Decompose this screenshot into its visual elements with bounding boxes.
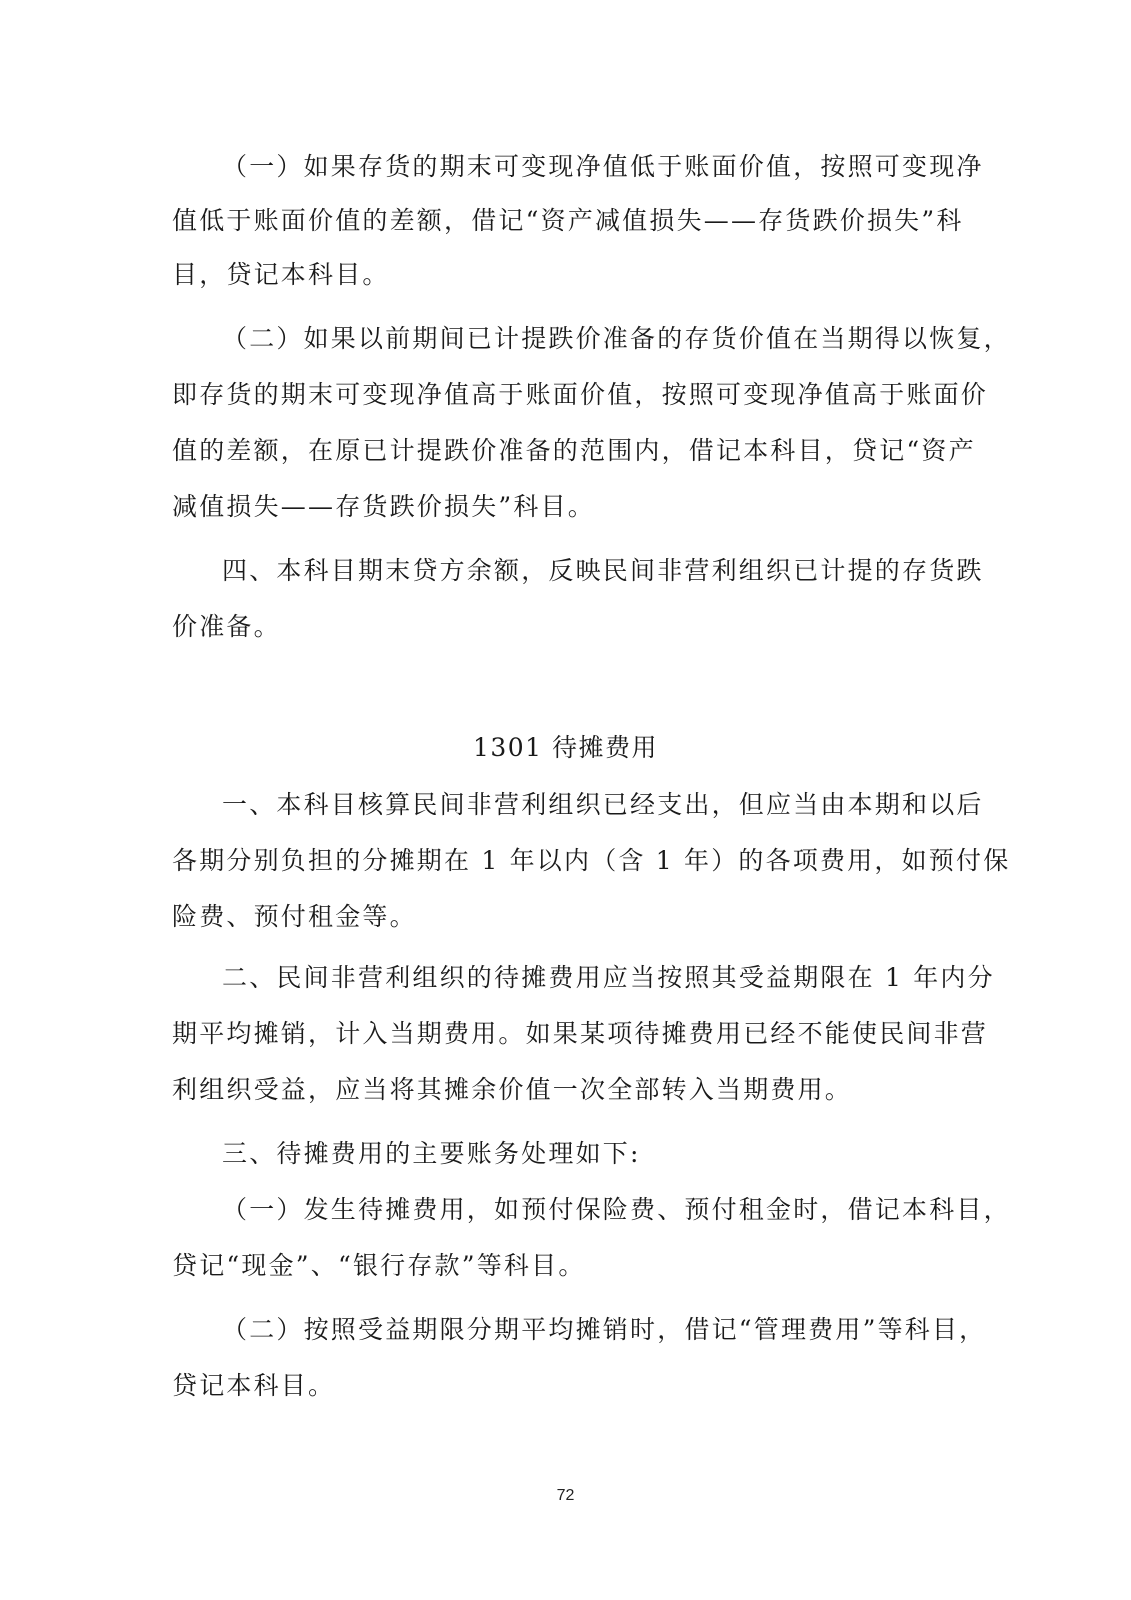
- paragraph-line: 四、本科目期末贷方余额，反映民间非营利组织已计提的存货跌: [222, 556, 942, 586]
- paragraph-line: 二、民间非营利组织的待摊费用应当按照其受益期限在 1 年内分: [222, 963, 942, 993]
- paragraph-line: （一）发生待摊费用，如预付保险费、预付租金时，借记本科目，: [222, 1195, 942, 1225]
- page-number: 72: [0, 1486, 1131, 1506]
- paragraph-line: 值的差额，在原已计提跌价准备的范围内，借记本科目，贷记“资产: [172, 436, 942, 466]
- paragraph-line: 贷记本科目。: [172, 1371, 942, 1401]
- document-page: （一）如果存货的期末可变现净值低于账面价值，按照可变现净 值低于账面价值的差额，…: [0, 0, 1131, 1600]
- paragraph-line: 险费、预付租金等。: [172, 902, 942, 932]
- paragraph-line: （二）如果以前期间已计提跌价准备的存货价值在当期得以恢复，: [222, 324, 942, 354]
- paragraph-line: 值低于账面价值的差额，借记“资产减值损失——存货跌价损失”科: [172, 206, 942, 236]
- paragraph-line: 减值损失——存货跌价损失”科目。: [172, 492, 942, 522]
- paragraph-line: 贷记“现金”、“银行存款”等科目。: [172, 1251, 942, 1281]
- paragraph-line: 一、本科目核算民间非营利组织已经支出，但应当由本期和以后: [222, 790, 942, 820]
- paragraph-line: 价准备。: [172, 612, 942, 642]
- paragraph-line: 各期分别负担的分摊期在 1 年以内（含 1 年）的各项费用，如预付保: [172, 846, 942, 876]
- paragraph-line: （二）按照受益期限分期平均摊销时，借记“管理费用”等科目，: [222, 1315, 942, 1345]
- paragraph-line: 目，贷记本科目。: [172, 260, 942, 290]
- paragraph-line: 即存货的期末可变现净值高于账面价值，按照可变现净值高于账面价: [172, 380, 942, 410]
- paragraph-line: （一）如果存货的期末可变现净值低于账面价值，按照可变现净: [222, 152, 942, 182]
- paragraph-line: 三、待摊费用的主要账务处理如下:: [222, 1139, 942, 1169]
- paragraph-line: 利组织受益，应当将其摊余价值一次全部转入当期费用。: [172, 1075, 942, 1105]
- section-title: 1301 待摊费用: [0, 733, 1131, 763]
- paragraph-line: 期平均摊销，计入当期费用。如果某项待摊费用已经不能使民间非营: [172, 1019, 942, 1049]
